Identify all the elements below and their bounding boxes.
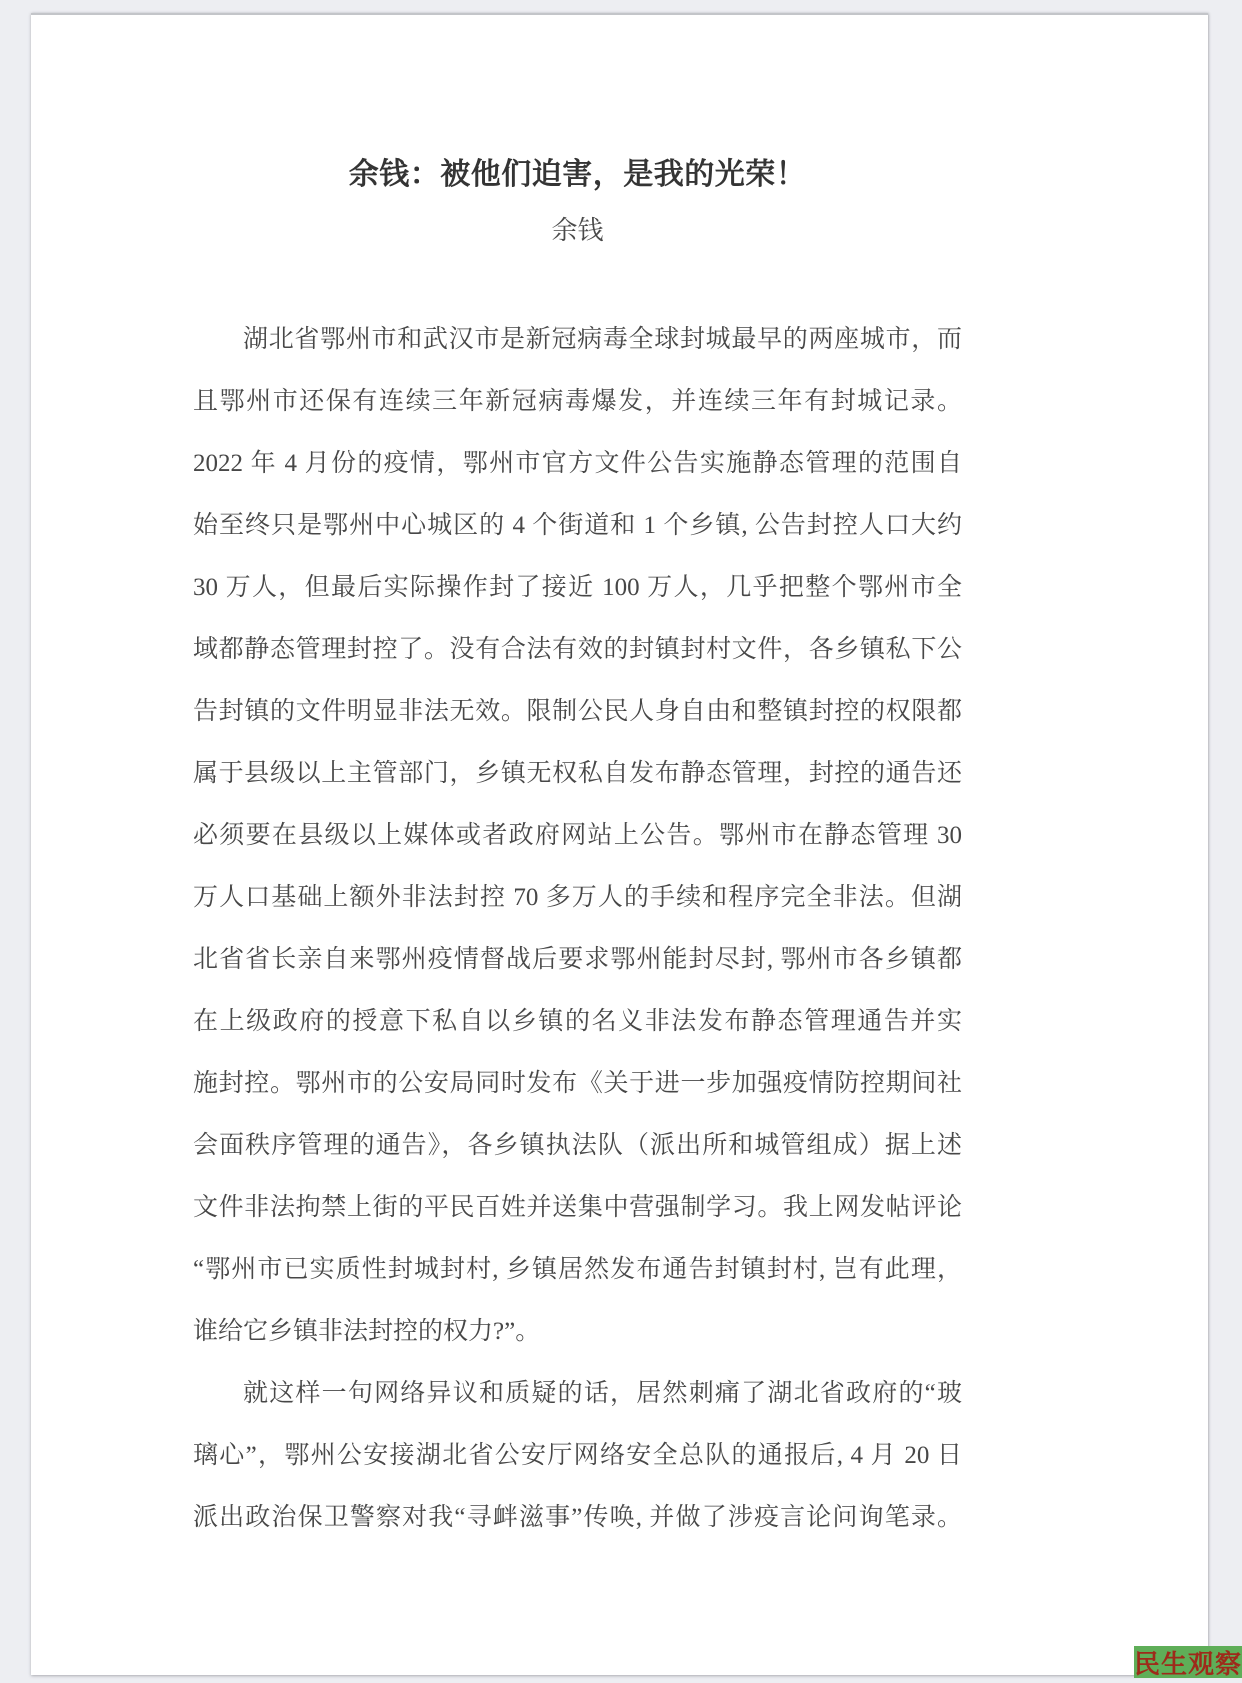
document-page: 余钱：被他们迫害，是我的光荣！ 余钱 湖北省鄂州市和武汉市是新冠病毒全球封城最早… [31, 13, 1208, 1675]
text-line: 且鄂州市还保有连续三年新冠病毒爆发，并连续三年有封城记录。 [193, 371, 962, 433]
text-line: 璃心”，鄂州公安接湖北省公安厅网络安全总队的通报后, 4 月 20 日 [193, 1425, 962, 1487]
text-line: 会面秩序管理的通告》，各乡镇执法队（派出所和城管组成）据上述 [193, 1115, 962, 1177]
text-line: 在上级政府的授意下私自以乡镇的名义非法发布静态管理通告并实 [193, 991, 962, 1053]
text-line: 必须要在县级以上媒体或者政府网站上公告。鄂州市在静态管理 30 [193, 805, 962, 867]
text-line: 属于县级以上主管部门，乡镇无权私自发布静态管理，封控的通告还 [193, 743, 962, 805]
text-line: 谁给它乡镇非法封控的权力?”。 [193, 1301, 962, 1363]
text-line: 北省省长亲自来鄂州疫情督战后要求鄂州能封尽封, 鄂州市各乡镇都 [193, 929, 962, 991]
document-title: 余钱：被他们迫害，是我的光荣！ [193, 153, 962, 197]
text-line: 文件非法拘禁上街的平民百姓并送集中营强制学习。我上网发帖评论 [193, 1177, 962, 1239]
text-line: 2022 年 4 月份的疫情，鄂州市官方文件公告实施静态管理的范围自 [193, 433, 962, 495]
text-line: 施封控。鄂州市的公安局同时发布《关于进一步加强疫情防控期间社 [193, 1053, 962, 1115]
text-line: 始至终只是鄂州中心城区的 4 个街道和 1 个乡镇, 公告封控人口大约 [193, 495, 962, 557]
text-line: 30 万人，但最后实际操作封了接近 100 万人，几乎把整个鄂州市全 [193, 557, 962, 619]
text-line: “鄂州市已实质性封城封村, 乡镇居然发布通告封镇封村, 岂有此理， [193, 1239, 962, 1301]
photo-background: 余钱：被他们迫害，是我的光荣！ 余钱 湖北省鄂州市和武汉市是新冠病毒全球封城最早… [0, 0, 1242, 1683]
document-body: 湖北省鄂州市和武汉市是新冠病毒全球封城最早的两座城市，而且鄂州市还保有连续三年新… [193, 309, 962, 1549]
document-author: 余钱 [193, 211, 962, 251]
text-line: 域都静态管理封控了。没有合法有效的封镇封村文件，各乡镇私下公 [193, 619, 962, 681]
text-line: 就这样一句网络异议和质疑的话，居然刺痛了湖北省政府的“玻 [193, 1363, 962, 1425]
watermark-badge: 民生观察 [1134, 1646, 1242, 1678]
text-line: 告封镇的文件明显非法无效。限制公民人身自由和整镇封控的权限都 [193, 681, 962, 743]
text-line: 万人口基础上额外非法封控 70 多万人的手续和程序完全非法。但湖 [193, 867, 962, 929]
watermark-label: 民生观察 [1134, 1644, 1242, 1681]
text-line: 湖北省鄂州市和武汉市是新冠病毒全球封城最早的两座城市，而 [193, 309, 962, 371]
text-line: 派出政治保卫警察对我“寻衅滋事”传唤, 并做了涉疫言论问询笔录。 [193, 1487, 962, 1549]
